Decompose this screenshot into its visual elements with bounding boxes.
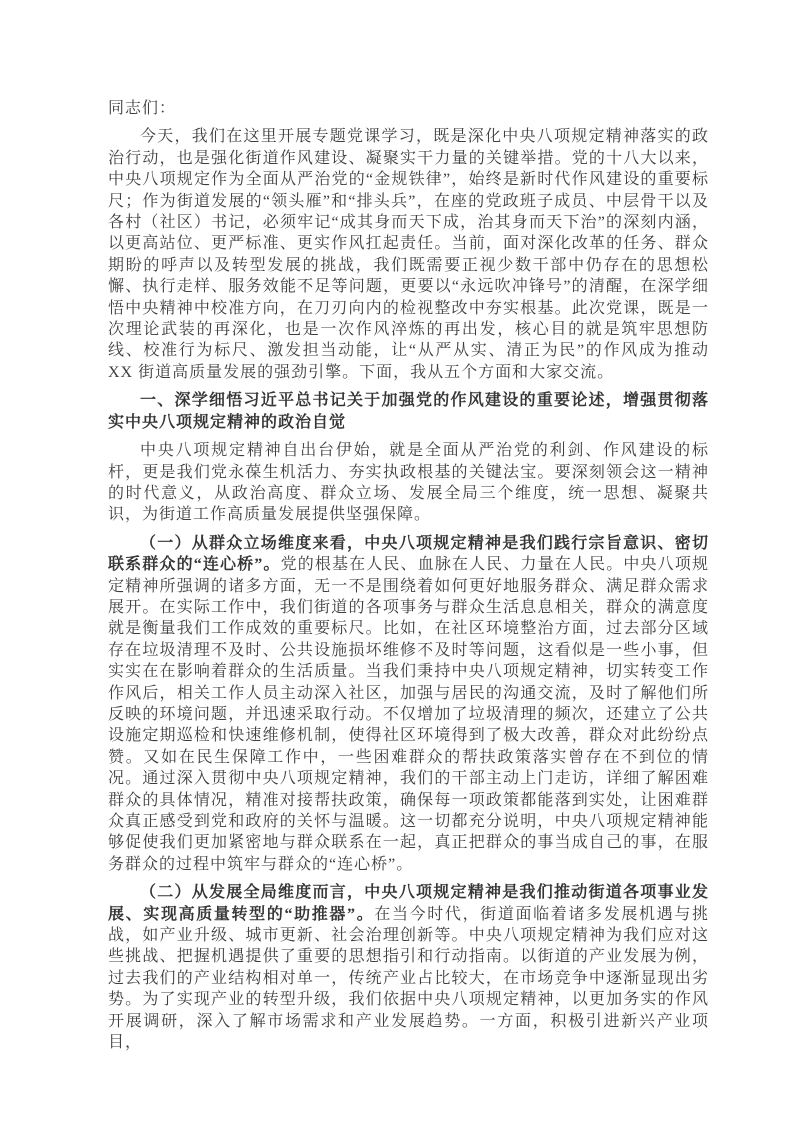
- subsection-1-paragraph: （一）从群众立场维度来看，中央八项规定精神是我们践行宗旨意识、密切联系群众的“连…: [108, 533, 709, 876]
- opening-paragraph: 今天，我们在这里开展专题党课学习，既是深化中央八项规定精神落实的政治行动，也是强…: [108, 126, 709, 383]
- document-body: 同志们： 今天，我们在这里开展专题党课学习，既是深化中央八项规定精神落实的政治行…: [108, 98, 709, 1060]
- subsection-2-body-text: 在当今时代，街道面临着诸多发展机遇与挑战，如产业升级、城市更新、社会治理创新等。…: [108, 906, 709, 1051]
- salutation: 同志们：: [108, 98, 709, 119]
- subsection-2-paragraph: （二）从发展全局维度而言，中央八项规定精神是我们推动街道各项事业发展、实现高质量…: [108, 882, 709, 1053]
- section-1-heading: 一、深学细悟习近平总书记关于加强党的作风建设的重要论述，增强贯彻落实中央八项规定…: [108, 390, 709, 433]
- document-page: 同志们： 今天，我们在这里开展专题党课学习，既是深化中央八项规定精神落实的政治行…: [0, 0, 793, 1122]
- section-1-intro-paragraph: 中央八项规定精神自出台伊始，就是全面从严治党的利剑、作风建设的标杆，更是我们党永…: [108, 440, 709, 526]
- subsection-1-body-text: 党的根基在人民、血脉在人民、力量在人民。中央八项规定精神所强调的诸多方面，无一不…: [108, 556, 709, 873]
